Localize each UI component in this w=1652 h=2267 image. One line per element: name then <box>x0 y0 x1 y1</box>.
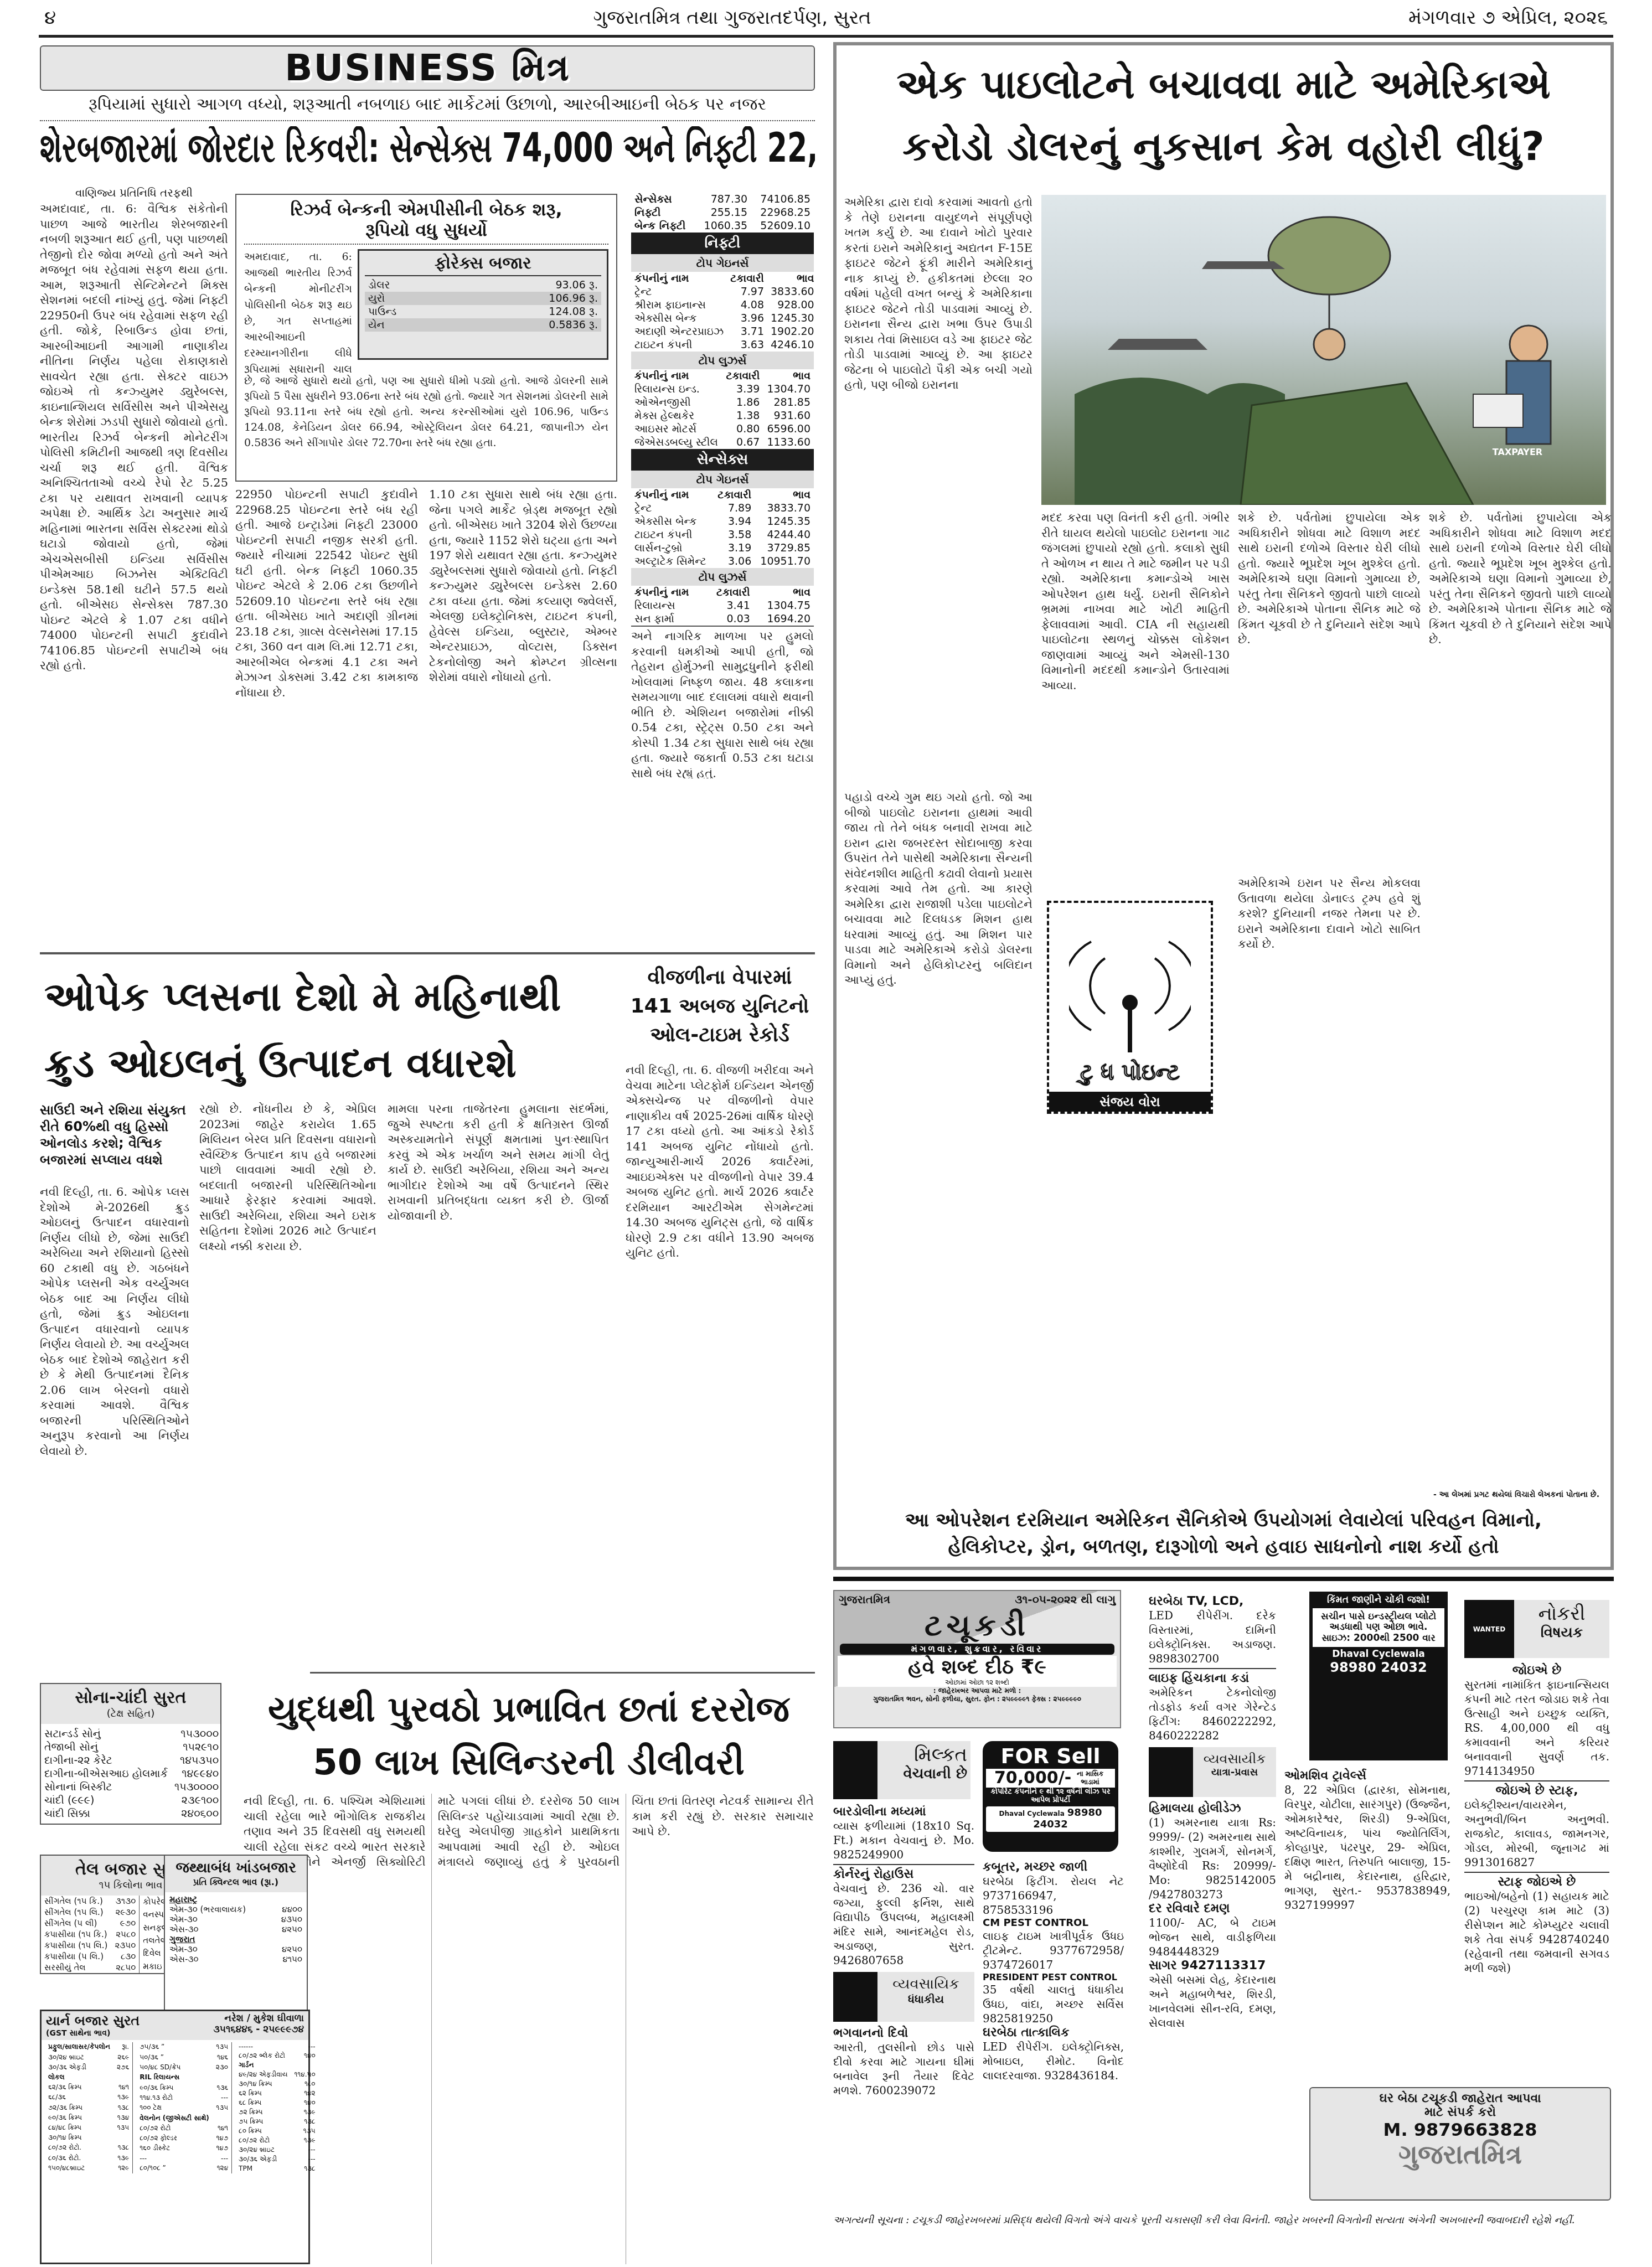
paper-name: ગુજરાતમિત્ર તથા ગુજરાતદર્પણ, સુરત <box>593 7 871 29</box>
classified-col1: બારડોલીના મધ્યમાં વ્યાસ ફળીયામાં (18x10 … <box>833 1805 974 2098</box>
masthead: ૪ ગુજરાતમિત્ર તથા ગુજરાતદર્પણ, સુરત મંગળ… <box>39 0 1613 38</box>
sensex-losers-table: કંપનીનું નામટકાવારીભાવ રિલાયન્સ3.411304.… <box>631 586 814 627</box>
tuchukdi-ad[interactable]: ગુજરાતમિત્ર ૩૧-૦૫-૨૦૨૨ થી લાગુ ટચૂકડી મં… <box>833 1590 1121 1728</box>
plot-ad[interactable]: કિંમત જાણીને ચોંકી જશો! સચીન પાસે ઇન્ડસ્… <box>1309 1592 1448 1760</box>
market-table: સેન્સેક્સ787.3074106.85 નિફ્ટી255.152296… <box>631 193 814 778</box>
footer-disclaimer: અગત્યની સૂચના : ટચૂકડી જાહેરખબરમાં પ્રસિ… <box>833 2214 1614 2226</box>
divider <box>40 952 815 954</box>
power-headline: વીજળીના વેપારમાં 141 અબજ યુનિટનો ઓલ-ટાઇમ… <box>626 963 814 1050</box>
property-section-header: મિલ્કત વેચવાની છે <box>833 1741 970 1799</box>
divider <box>310 1672 815 1674</box>
svg-text:TAXPAYER: TAXPAYER <box>1493 447 1542 457</box>
pilot-pullquote: આ ઓપરેશન દરમિયાન અમેરિકન સૈનિકોએ ઉપયોગમા… <box>870 1507 1577 1560</box>
rbi-box: રિઝર્વ બેન્કની એમપીસીની બેઠક શરૂ, રૂપિયો… <box>235 194 617 482</box>
business-col2: 22950 પોઇન્ટની સપાટી કુદાવીને 22968.25 પ… <box>235 487 418 941</box>
nifty-gainers-table: કંપનીનું નામટકાવારીભાવ ટ્રેન્ટ7.973833.6… <box>631 272 818 352</box>
pilot-col3b: અમેરિકાએ ઇરાન પર સૈન્ય મોકલવા ઉતાવળા થયે… <box>1238 876 1421 1485</box>
jobs-section-header: WANTED નોકરી વિષયક <box>1464 1600 1609 1658</box>
opec-col3: મામલા પરના તાજેતરના હુમલાના સંદર્ભમાં, જ… <box>388 1102 609 1650</box>
opec-headline: ઓપેક પ્લસના દેશો મે મહિનાથી ક્રુડ ઓઇલનું… <box>44 963 609 1096</box>
gold-rates-box: સોના-ચાંદી સુરત (ટેક્ષ સહિત) સટાન્ડર્ડ સ… <box>40 1683 221 1825</box>
pilot-intro: અમેરિકા દ્વારા દાવો કરવામાં આવતો હતો કે … <box>844 195 1032 787</box>
issue-date: મંગળવાર ૭ એપ્રિલ, ૨૦૨૬ <box>1408 7 1608 29</box>
pilot-col1: પહાડો વચ્ચે ગુમ થઇ ગયો હતો. જો આ બીજો પા… <box>844 790 1032 1485</box>
gujaratmitra-contact-ad[interactable]: ઘર બેઠા ટચૂકડી જાહેરાત આપવા માટે સંપર્ક … <box>1309 2087 1611 2201</box>
business-banner: BUSINESS મિત્ર <box>40 45 815 91</box>
nifty-losers-table: કંપનીનું નામટકાવારીભાવ રિલાયન્સ ઇન્ડ.3.3… <box>631 369 814 449</box>
jobs-column: જોઇએ છે સુરતમાં નામાંકિત ફાઇનાન્સિયલ કંપ… <box>1464 1664 1609 1975</box>
business-col3: 1.10 ટકા સુધારા સાથે બંધ રહ્યા હતા. જેના… <box>429 487 617 941</box>
classified-col2: કબૂતર, મચ્છર જાળી ઘરબેઠા ફિટીંગ. રોયલ ને… <box>983 1860 1124 2083</box>
page-number: ૪ <box>44 7 56 29</box>
sensex-gainers-table: કંપનીનું નામટકાવારીભાવ ટ્રેન્ટ7.893833.7… <box>631 488 814 568</box>
traveler-icon <box>1149 1747 1193 1797</box>
forex-rows: ડોલર93.06 રૂ. યુરો106.96 રૂ. પાઉન્ડ124.0… <box>365 278 601 332</box>
antenna-icon <box>1069 920 1191 1052</box>
power-text: નવી દિલ્હી, તા. 6. વીજળી ખરીદવા અને વેચવ… <box>626 1063 814 1650</box>
to-the-point-logo: ટુ ધ પોઇન્ટ સંજય વોરા <box>1047 901 1213 1114</box>
opec-col2: રહ્યો છે. નોંધનીય છે કે, એપ્રિલ 2023માં … <box>199 1102 376 1650</box>
forex-table: ફોરેક્સ બજાર ડોલર93.06 રૂ. યુરો106.96 રૂ… <box>358 249 608 360</box>
business-col1: વાણિજ્ય પ્રતિનિધિ તરફથી અમદાવાદ, તા. 6: … <box>40 186 228 943</box>
omshiv-ad: ઓમશિવ ટ્રાવેર્લ્સ 8, 22 એપ્રિલ (દ્વારકા,… <box>1284 1769 1450 1912</box>
opec-col1: નવી દિલ્હી, તા. 6. ઓપેક પ્લસ દેશોએ મે-20… <box>40 1185 189 1650</box>
pilot-col3: શકે છે. પર્વતોમાં છુપાયેલા એક અધિકારીને … <box>1238 510 1421 876</box>
pilot-col4: શકે છે. પર્વતોમાં છુપાયેલા એક અધિકારીને … <box>1429 510 1612 1485</box>
classified-col3: ઘરબેઠા TV, LCD, LED રીપેરીંગ. દરેક વિસ્ત… <box>1149 1594 1276 2030</box>
opec-deck: સાઉદી અને રશિયા સંયુક્ત રીતે 60%થી વધુ હ… <box>40 1102 189 1168</box>
wanted-icon: WANTED <box>1464 1600 1514 1658</box>
business-strap: રૂપિયામાં સુધારો આગળ વધ્યો, શરૂઆતી નબળાઇ… <box>40 95 815 121</box>
pilot-article: એક પાઇલોટને બચાવવા માટે અમેરિકાએ કરોડો ડ… <box>833 42 1614 1570</box>
business-headline: શેરબજારમાં જોરદાર રિકવરી: સેન્સેક્સ 74,0… <box>40 126 815 173</box>
pilot-footnote: - આ લેખમાં પ્રગટ થયેલાં વિચારો લેખકનાં પ… <box>1433 1490 1599 1499</box>
cartoon-image: TAXPAYER <box>1041 195 1606 505</box>
lpg-text: નવી દિલ્હી, તા. 6. પશ્ચિમ એશિયામાં ચાલી … <box>244 1794 814 2264</box>
sugar-rate-box: જથ્થાબંધ ખાંડબજાર પ્રતિ ક્વિન્ટલ ભાવ (રૂ… <box>164 1855 308 2015</box>
building-icon <box>833 1741 877 1799</box>
divider <box>833 1577 1614 1581</box>
briefcase-icon <box>833 1972 877 2022</box>
for-sell-ad[interactable]: FOR Sell 70,000/- ના માસિક ભાડામાં કોર્પ… <box>983 1741 1118 1852</box>
lpg-headline: યુદ્ધથી પુરવઠો પ્રભાવિત છતાં દરરોજ 50 લા… <box>244 1683 814 1789</box>
byline: વાણિજ્ય પ્રતિનિધિ તરફથી <box>40 186 228 199</box>
pilot-headline: એક પાઇલોટને બચાવવા માટે અમેરિકાએ કરોડો ડ… <box>837 45 1610 185</box>
yarn-market-box: યાર્ન બજાર સુરત(GST સાથેના ભાવ) નરેશ / મ… <box>40 2010 310 2264</box>
